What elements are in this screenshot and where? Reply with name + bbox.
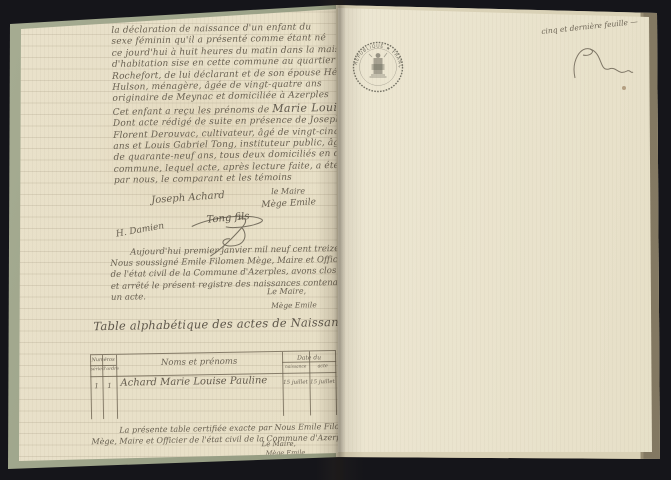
table-row-date-naissance: 15 juillet — [281, 379, 309, 385]
signature-mayor-name: Mège Emile — [261, 197, 316, 210]
signature-mayor-title: le Maire — [271, 187, 305, 197]
marianne-figure-icon — [369, 53, 387, 77]
signature-declarant: Joseph Achard — [151, 190, 225, 206]
table-title: Table alphabétique des actes de Naissanc… — [93, 315, 337, 333]
col-header-ordre: d'ordre — [102, 367, 116, 372]
paraph-signature-icon — [563, 38, 635, 86]
certification-mayor-title: Le Maire, — [262, 440, 296, 449]
col-header-numbers: Numéros — [90, 357, 116, 363]
table-row-name: Achard Marie Louise Pauline — [120, 375, 267, 389]
col-header-names: Noms et prénoms — [116, 356, 282, 369]
col-header-naissance: naissance — [282, 364, 309, 369]
table-row-num-serie: 1 — [90, 382, 102, 390]
birth-act-text: la déclaration de naissance d'un enfant … — [111, 22, 336, 188]
corner-annotation: cinq et dernière feuille — — [541, 15, 656, 36]
alphabetical-table: Numéros série d'ordre Noms et prénoms Da… — [90, 350, 337, 419]
col-header-serie: série — [90, 367, 102, 372]
closing-mayor-title: Le Maire, — [267, 287, 306, 297]
table-row-num-ordre: 1 — [102, 382, 116, 390]
table-certification: La présente table certifiée exacte par N… — [91, 422, 337, 447]
closing-mayor-name: Mège Emile — [271, 300, 317, 310]
paper-stain — [622, 86, 626, 90]
registry-book-scan: la déclaration de naissance d'un enfant … — [0, 0, 671, 480]
book-gutter-shadow — [316, 0, 364, 480]
signature-witness-other: H. Damien — [115, 221, 165, 239]
act-line: par nous, le comparant et les témoins — [114, 172, 336, 187]
